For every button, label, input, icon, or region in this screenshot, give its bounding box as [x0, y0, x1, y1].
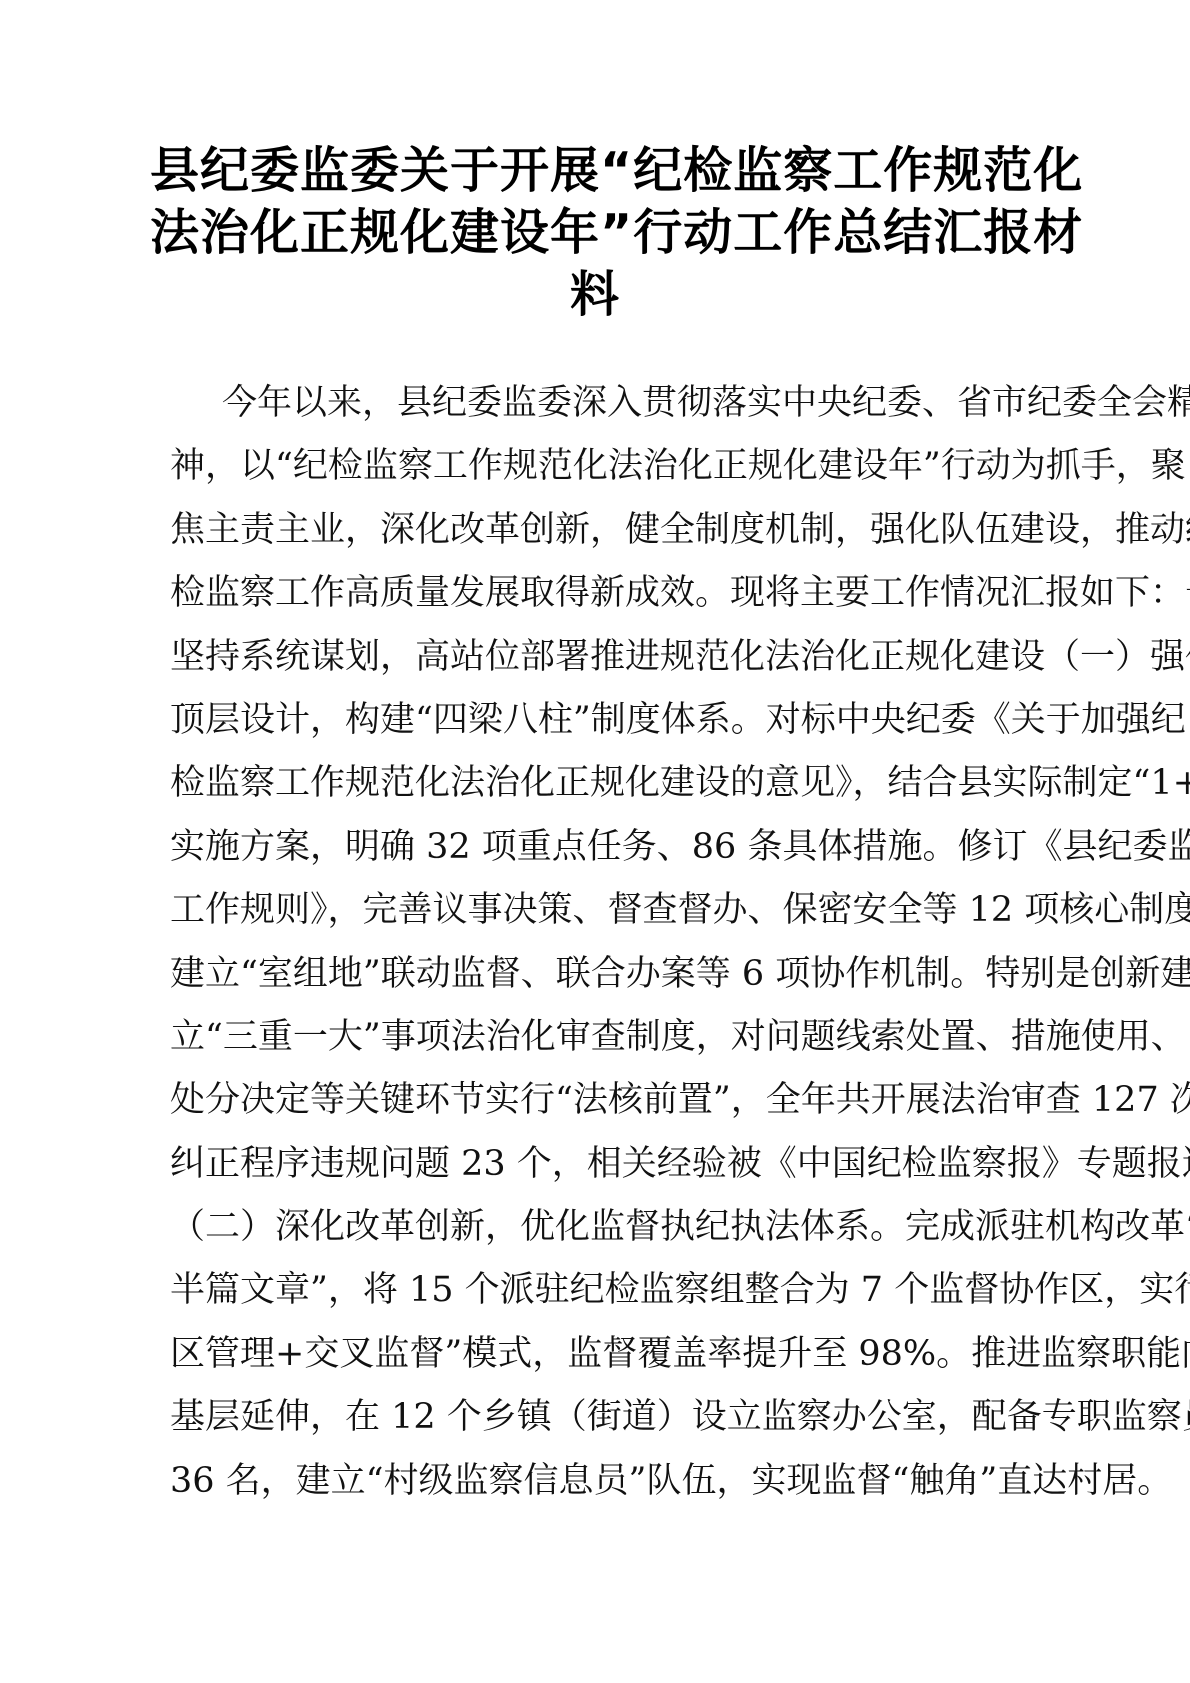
body-line: 检监察工作高质量发展取得新成效。现将主要工作情况汇报如下：一、	[170, 562, 1022, 625]
body-line: 焦主责主业，深化改革创新，健全制度机制，强化队伍建设，推动纪	[170, 499, 1022, 562]
body-line: 坚持系统谋划，高站位部署推进规范化法治化正规化建设（一）强化	[170, 626, 1022, 689]
document-title: 县纪委监委关于开展“纪检监察工作规范化 法治化正规化建设年”行动工作总结汇报材 …	[150, 140, 1040, 326]
body-line: 实施方案，明确 32 项重点任务、86 条具体措施。修订《县纪委监委	[170, 816, 1022, 879]
body-line: 建立“室组地”联动监督、联合办案等 6 项协作机制。特别是创新建	[170, 943, 1022, 1006]
body-line: 36 名，建立“村级监察信息员”队伍，实现监督“触角”直达村居。	[170, 1450, 1022, 1513]
title-line: 县纪委监委关于开展“纪检监察工作规范化	[150, 140, 1040, 202]
document-page: 县纪委监委关于开展“纪检监察工作规范化 法治化正规化建设年”行动工作总结汇报材 …	[0, 0, 1190, 1683]
body-line: 今年以来，县纪委监委深入贯彻落实中央纪委、省市纪委全会精	[170, 372, 1022, 435]
body-line: 顶层设计，构建“四梁八柱”制度体系。对标中央纪委《关于加强纪	[170, 689, 1022, 752]
body-line: 区管理+交叉监督”模式，监督覆盖率提升至 98%。推进监察职能向	[170, 1323, 1022, 1386]
body-line: 纠正程序违规问题 23 个，相关经验被《中国纪检监察报》专题报道。	[170, 1133, 1022, 1196]
title-line: 料	[150, 264, 1040, 326]
body-line: 半篇文章”，将 15 个派驻纪检监察组整合为 7 个监督协作区，实行“片	[170, 1259, 1022, 1322]
body-line: 工作规则》，完善议事决策、督查督办、保密安全等 12 项核心制度，	[170, 879, 1022, 942]
title-line: 法治化正规化建设年”行动工作总结汇报材	[150, 202, 1040, 264]
body-line: 处分决定等关键环节实行“法核前置”，全年共开展法治审查 127 次，	[170, 1069, 1022, 1132]
body-line: （二）深化改革创新，优化监督执纪执法体系。完成派驻机构改革“后	[170, 1196, 1022, 1259]
body-line: 检监察工作规范化法治化正规化建设的意见》，结合县实际制定“1+8”	[170, 752, 1022, 815]
body-line: 神，以“纪检监察工作规范化法治化正规化建设年”行动为抓手，聚	[170, 435, 1022, 498]
body-line: 立“三重一大”事项法治化审查制度，对问题线索处置、措施使用、	[170, 1006, 1022, 1069]
body-line: 基层延伸，在 12 个乡镇（街道）设立监察办公室，配备专职监察员	[170, 1386, 1022, 1449]
body-paragraph: 今年以来，县纪委监委深入贯彻落实中央纪委、省市纪委全会精 神，以“纪检监察工作规…	[170, 372, 1022, 1513]
